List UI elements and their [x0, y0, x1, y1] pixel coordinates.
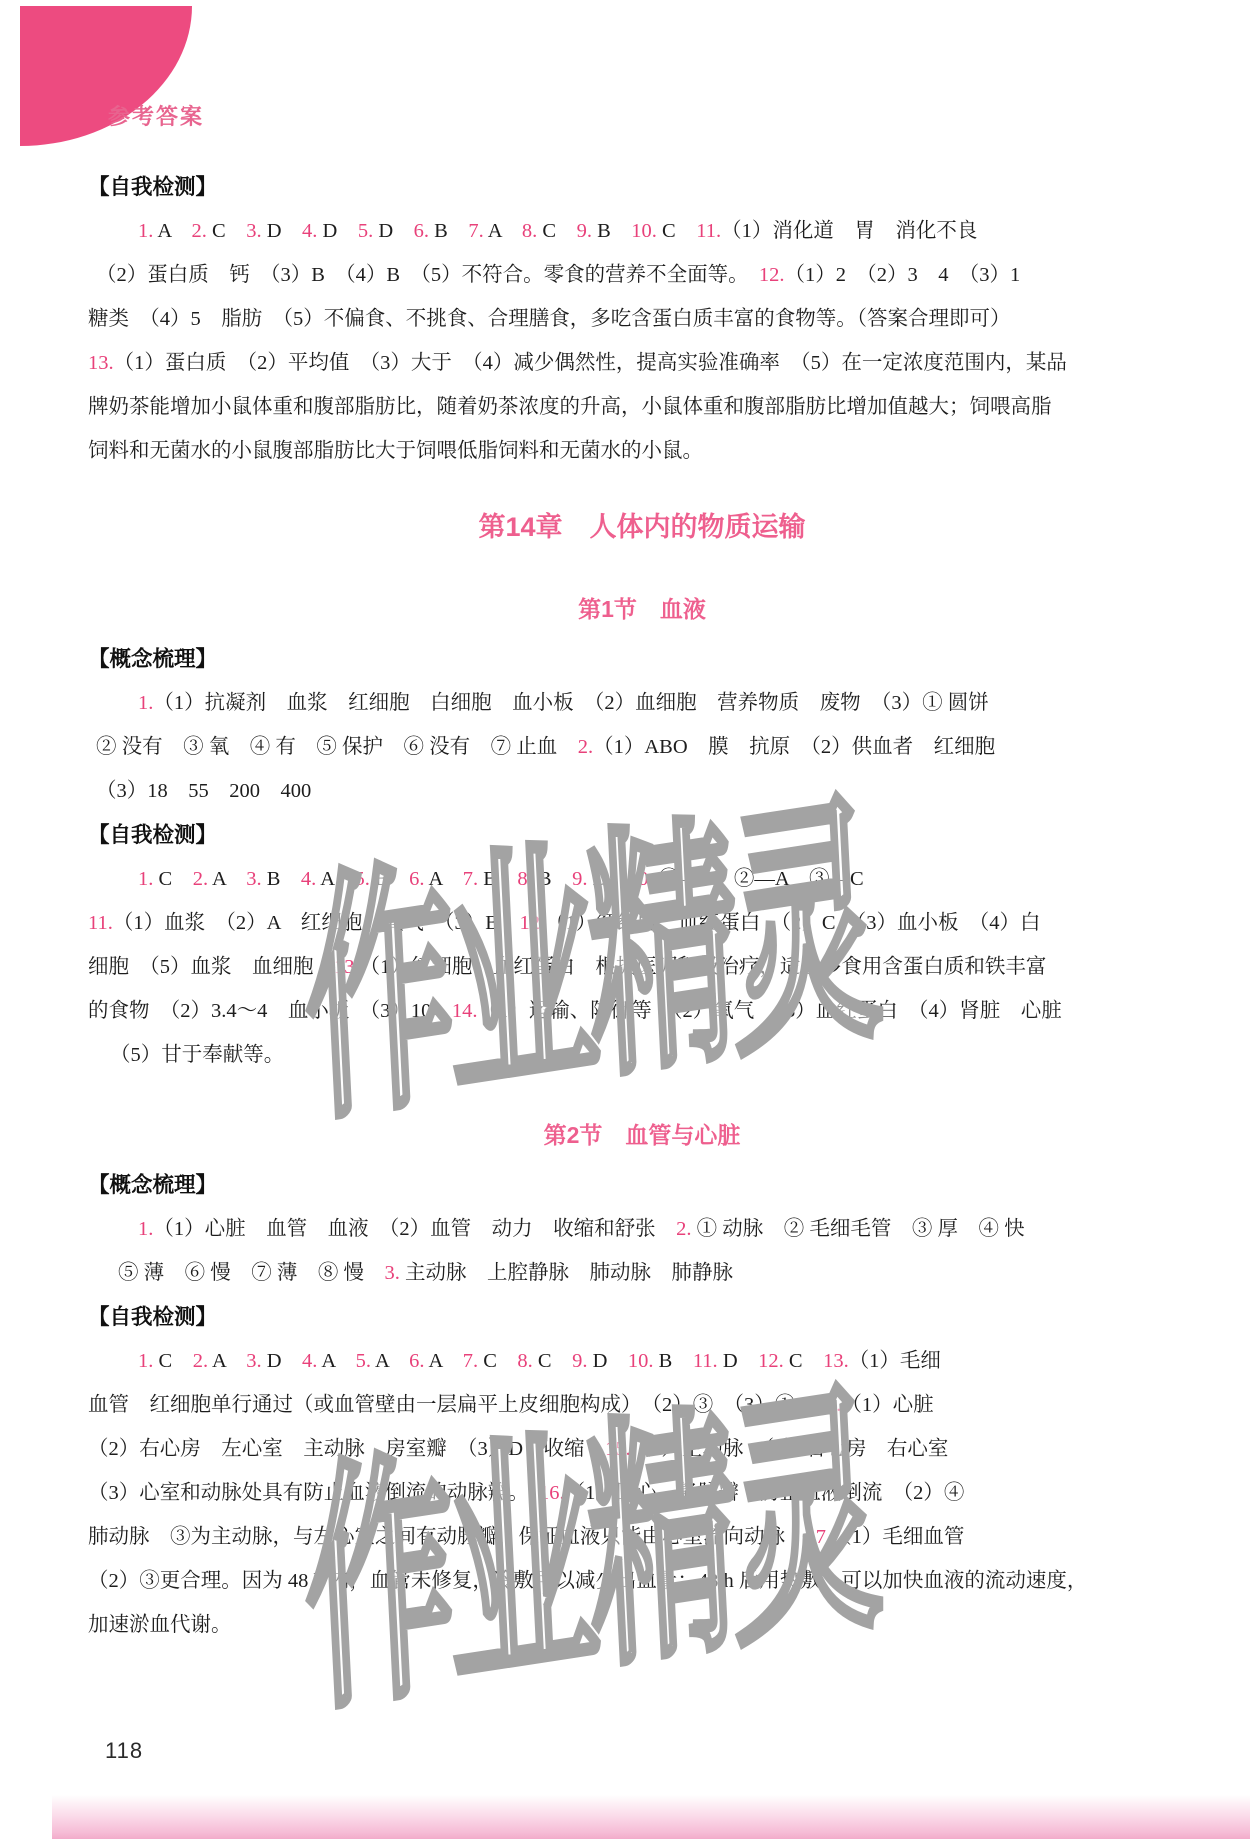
answer-text: A — [317, 1350, 355, 1372]
answer-text: A — [208, 868, 246, 890]
question-number: 6. — [414, 220, 429, 242]
answer-text: B — [370, 868, 409, 890]
question-number: 6. — [409, 1350, 424, 1372]
question-number: 14. — [816, 1394, 842, 1416]
answer-line: 11.（1）血浆 （2）A 红细胞 氧气 （3）B 12.（1）红细胞 血红蛋白… — [88, 901, 1196, 945]
answer-text: 糖类 （4）5 脂肪 （5）不偏食、不挑食、合理膳食，多吃含蛋白质丰富的食物等。… — [88, 308, 1011, 330]
answer-text: A — [371, 1350, 409, 1372]
question-number: 2. — [192, 220, 207, 242]
question-number: 12. — [759, 264, 785, 286]
question-number: 12. — [758, 1350, 784, 1372]
question-number: 9. — [572, 868, 587, 890]
answer-text: ①—B ②—A ③—C — [654, 868, 864, 890]
answer-text: 血管 红细胞单行通过（或血管壁由一层扁平上皮细胞构成） （2）③ （3）① — [88, 1394, 816, 1416]
question-number: 2. — [578, 736, 593, 758]
question-number: 4. — [302, 220, 317, 242]
answer-text: （1）蛋白质 （2）平均值 （3）大于 （4）减少偶然性，提高实验准确率 （5）… — [114, 352, 1067, 374]
block-heading: 【自我检测】 — [88, 813, 1196, 857]
answer-text: ① 动脉 ② 毛细毛管 ③ 厚 ④ 快 — [692, 1218, 1025, 1240]
question-number: 1. — [138, 868, 153, 890]
answer-line: 的食物 （2）3.4～4 血小板 （3）10 14.（1）运输、防御等 （2）氧… — [88, 989, 1196, 1033]
answer-line: （2）③更合理。因为 48 h 内，血管未修复，冷敷可以减少出血量；48 h 后… — [88, 1559, 1196, 1603]
question-number: 17. — [806, 1526, 832, 1548]
answer-line: 糖类 （4）5 脂肪 （5）不偏食、不挑食、合理膳食，多吃含蛋白质丰富的食物等。… — [88, 297, 1196, 341]
page-title: 参考答案 — [108, 100, 204, 131]
answer-text: （1）毛细血管 — [831, 1526, 964, 1548]
question-number: 9. — [577, 220, 592, 242]
answer-text: 加速淤血代谢。 — [88, 1614, 232, 1636]
answer-text: A — [425, 1350, 463, 1372]
answer-text: （1）ABO 膜 抗原 （2）供血者 红细胞 — [593, 736, 995, 758]
answer-line: 血管 红细胞单行通过（或血管壁由一层扁平上皮细胞构成） （2）③ （3）① 14… — [88, 1383, 1196, 1427]
question-number: 7. — [468, 220, 483, 242]
answer-text: （3）18 55 200 400 — [96, 780, 311, 802]
answer-text: 细胞 （5）血浆 血细胞 — [88, 956, 334, 978]
answer-line: 13.（1）蛋白质 （2）平均值 （3）大于 （4）减少偶然性，提高实验准确率 … — [88, 341, 1196, 385]
block-heading: 【自我检测】 — [88, 165, 1196, 209]
question-number: 8. — [517, 1350, 532, 1372]
answer-line: 1. C 2. A 3. B 4. A 5. B 6. A 7. B 8. B … — [88, 857, 1196, 901]
answer-line: ⑤ 薄 ⑥ 慢 ⑦ 薄 ⑧ 慢 3. 主动脉 上腔静脉 肺动脉 肺静脉 — [88, 1251, 1196, 1295]
answer-text: B — [478, 868, 517, 890]
answer-line: 1. C 2. A 3. D 4. A 5. A 6. A 7. C 8. C … — [88, 1339, 1196, 1383]
answer-text: （1）消化道 胃 消化不良 — [721, 220, 977, 242]
answer-line: 牌奶茶能增加小鼠体重和腹部脂肪比，随着奶茶浓度的升高，小鼠体重和腹部脂肪比增加值… — [88, 385, 1196, 429]
question-number: 4. — [302, 1350, 317, 1372]
question-number: 1. — [138, 692, 153, 714]
question-number: 8. — [517, 868, 532, 890]
answer-text: 牌奶茶能增加小鼠体重和腹部脂肪比，随着奶茶浓度的升高，小鼠体重和腹部脂肪比增加值… — [88, 396, 1052, 418]
answer-text: 主动脉 上腔静脉 肺动脉 肺静脉 — [400, 1262, 733, 1284]
question-number: 11. — [696, 220, 721, 242]
section-title: 第2节 血管与心脏 — [88, 1113, 1196, 1157]
answer-text: （1）血浆 （2）A 红细胞 氧气 （3）B — [113, 912, 520, 934]
answer-line: 肺动脉 ③为主动脉，与左心室之间有动脉瓣，保证血液只能由心室流向动脉 17.（1… — [88, 1515, 1196, 1559]
bottom-gradient-band — [52, 1795, 1250, 1839]
answer-line: 1. A 2. C 3. D 4. D 5. D 6. B 7. A 8. C … — [88, 209, 1196, 253]
answer-text: C — [478, 1350, 517, 1372]
page-number: 118 — [105, 1738, 143, 1764]
answer-text: 饲料和无菌水的小鼠腹部脂肪比大于饲喂低脂饲料和无菌水的小鼠。 — [88, 440, 703, 462]
answer-text: D — [262, 220, 302, 242]
answer-line: （2）右心房 左心室 主动脉 房室瓣 （3）D 收缩 15.（1）主动脉 （2）… — [88, 1427, 1196, 1471]
question-number: 13. — [823, 1350, 849, 1372]
answer-text: A — [208, 1350, 246, 1372]
answer-text: C — [784, 1350, 823, 1372]
answers-content: 【自我检测】1. A 2. C 3. D 4. D 5. D 6. B 7. A… — [88, 165, 1196, 1647]
chapter-title: 第14章 人体内的物质运输 — [88, 503, 1196, 551]
answer-line: 细胞 （5）血浆 血细胞 13.（1）红细胞 血红蛋白 根据医嘱积极治疗，适当多… — [88, 945, 1196, 989]
answer-text: B — [533, 868, 572, 890]
question-number: 5. — [354, 868, 369, 890]
answer-line: （3）18 55 200 400 — [88, 769, 1196, 813]
answer-line: 1.（1）心脏 血管 血液 （2）血管 动力 收缩和舒张 2. ① 动脉 ② 毛… — [88, 1207, 1196, 1251]
question-number: 10. — [631, 220, 657, 242]
answer-text: （1）毛细 — [849, 1350, 941, 1372]
answer-text: C — [537, 220, 576, 242]
question-number: 10. — [628, 868, 654, 890]
question-number: 2. — [193, 1350, 208, 1372]
question-number: 12. — [519, 912, 545, 934]
answer-text: （1）红细胞 血红蛋白 （2）C （3）血小板 （4）白 — [545, 912, 1040, 934]
answer-text: B — [592, 220, 631, 242]
question-number: 4. — [301, 868, 316, 890]
question-number: 1. — [138, 220, 153, 242]
answer-text: D — [373, 220, 413, 242]
answer-text: （1）回心 静脉瓣 防止血液倒流 （2）④ — [565, 1482, 965, 1504]
answer-text: D — [587, 1350, 627, 1372]
answer-line: 1.（1）抗凝剂 血浆 红细胞 白细胞 血小板 （2）血细胞 营养物质 废物 （… — [88, 681, 1196, 725]
answer-text: （1）运输、防御等 （2）氧气 （3）血红蛋白 （4）肾脏 心脏 — [478, 1000, 1062, 1022]
question-number: 15. — [605, 1438, 631, 1460]
answer-line: ② 没有 ③ 氧 ④ 有 ⑤ 保护 ⑥ 没有 ⑦ 止血 2.（1）ABO 膜 抗… — [88, 725, 1196, 769]
question-number: 6. — [409, 868, 424, 890]
answer-text: C — [153, 868, 192, 890]
answer-text: （2）③更合理。因为 48 h 内，血管未修复，冷敷可以减少出血量；48 h 后… — [88, 1570, 1087, 1592]
question-number: 2. — [193, 868, 208, 890]
question-number: 3. — [246, 220, 261, 242]
question-number: 3. — [246, 868, 261, 890]
answer-text: B — [429, 220, 468, 242]
answer-text: B — [262, 868, 301, 890]
answer-line: （5）甘于奉献等。 — [88, 1033, 1196, 1077]
answer-text: C — [207, 220, 246, 242]
answer-line: 加速淤血代谢。 — [88, 1603, 1196, 1647]
question-number: 1. — [138, 1350, 153, 1372]
answer-line: （3）心室和动脉处具有防止血液倒流的动脉瓣。 16.（1）回心 静脉瓣 防止血液… — [88, 1471, 1196, 1515]
question-number: 1. — [138, 1218, 153, 1240]
block-heading: 【概念梳理】 — [88, 1163, 1196, 1207]
answer-text: A — [153, 220, 191, 242]
question-number: 13. — [334, 956, 360, 978]
question-number: 7. — [463, 1350, 478, 1372]
answer-text: （1）心脏 血管 血液 （2）血管 动力 收缩和舒张 — [153, 1218, 676, 1240]
answer-text: （2）右心房 左心室 主动脉 房室瓣 （3）D 收缩 — [88, 1438, 605, 1460]
answer-text: B — [654, 1350, 693, 1372]
question-number: 5. — [358, 220, 373, 242]
section-title: 第1节 血液 — [88, 587, 1196, 631]
answer-page: 参考答案 【自我检测】1. A 2. C 3. D 4. D 5. D 6. B… — [0, 0, 1250, 1839]
block-heading: 【概念梳理】 — [88, 637, 1196, 681]
answer-text: D — [718, 1350, 758, 1372]
answer-text: （1）红细胞 血红蛋白 根据医嘱积极治疗，适当多食用含蛋白质和铁丰富 — [360, 956, 1047, 978]
question-number: 13. — [88, 352, 114, 374]
answer-text: （2）蛋白质 钙 （3）B （4）B （5）不符合。零食的营养不全面等。 — [96, 264, 759, 286]
answer-text: （1）心脏 — [841, 1394, 933, 1416]
question-number: 9. — [572, 1350, 587, 1372]
answer-text: D — [587, 868, 627, 890]
question-number: 7. — [463, 868, 478, 890]
answer-text: ⑤ 薄 ⑥ 慢 ⑦ 薄 ⑧ 慢 — [118, 1262, 385, 1284]
question-number: 5. — [356, 1350, 371, 1372]
answer-text: （3）心室和动脉处具有防止血液倒流的动脉瓣。 — [88, 1482, 539, 1504]
answer-text: A — [316, 868, 354, 890]
answer-text: A — [484, 220, 522, 242]
question-number: 11. — [693, 1350, 718, 1372]
question-number: 3. — [385, 1262, 400, 1284]
answer-text: C — [533, 1350, 572, 1372]
answer-text: A — [425, 868, 463, 890]
answer-text: （5）甘于奉献等。 — [110, 1044, 284, 1066]
question-number: 3. — [246, 1350, 261, 1372]
answer-text: （1）抗凝剂 血浆 红细胞 白细胞 血小板 （2）血细胞 营养物质 废物 （3）… — [153, 692, 988, 714]
question-number: 10. — [628, 1350, 654, 1372]
answer-text: C — [657, 220, 696, 242]
question-number: 14. — [452, 1000, 478, 1022]
answer-text: D — [262, 1350, 302, 1372]
answer-text: ② 没有 ③ 氧 ④ 有 ⑤ 保护 ⑥ 没有 ⑦ 止血 — [96, 736, 578, 758]
answer-text: C — [153, 1350, 192, 1372]
answer-text: D — [317, 220, 357, 242]
question-number: 11. — [88, 912, 113, 934]
block-heading: 【自我检测】 — [88, 1295, 1196, 1339]
question-number: 2. — [676, 1218, 691, 1240]
question-number: 8. — [522, 220, 537, 242]
answer-line: 饲料和无菌水的小鼠腹部脂肪比大于饲喂低脂饲料和无菌水的小鼠。 — [88, 429, 1196, 473]
question-number: 16. — [539, 1482, 565, 1504]
answer-text: （1）主动脉 （2）右心房 右心室 — [631, 1438, 949, 1460]
answer-text: 的食物 （2）3.4～4 血小板 （3）10 — [88, 1000, 452, 1022]
answer-text: 肺动脉 ③为主动脉，与左心室之间有动脉瓣，保证血液只能由心室流向动脉 — [88, 1526, 806, 1548]
answer-line: （2）蛋白质 钙 （3）B （4）B （5）不符合。零食的营养不全面等。 12.… — [88, 253, 1196, 297]
answer-text: （1）2 （2）3 4 （3）1 — [784, 264, 1020, 286]
